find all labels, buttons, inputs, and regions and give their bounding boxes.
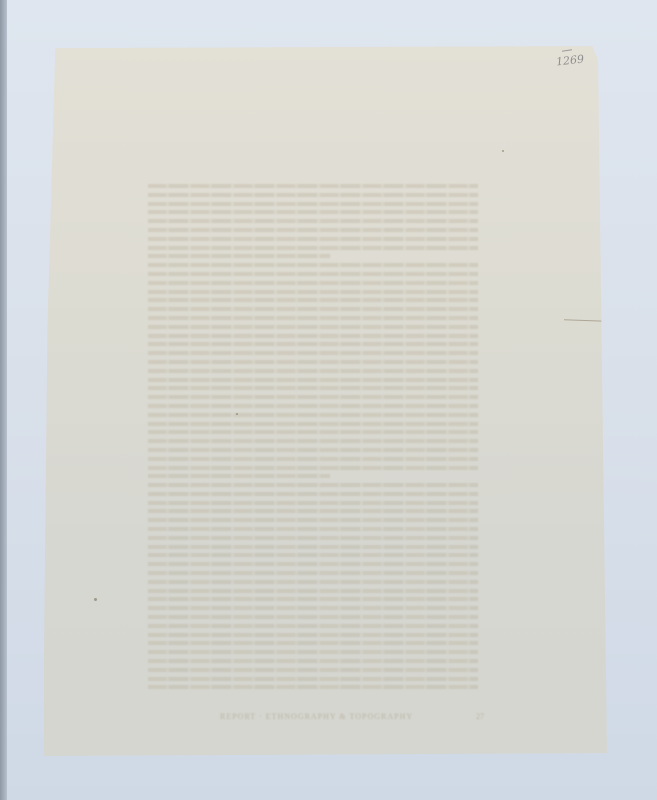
- bleed-through-footer: REPORT · ETHNOGRAPHY & TOPOGRAPHY 27: [220, 710, 480, 724]
- text-line: [148, 659, 478, 663]
- text-line: [148, 272, 478, 276]
- text-line: [148, 395, 478, 399]
- text-line: [148, 545, 478, 549]
- text-line: [148, 483, 478, 487]
- text-line: [148, 518, 478, 522]
- text-line: [148, 202, 478, 206]
- text-line: [148, 527, 478, 531]
- text-line: [148, 422, 478, 426]
- text-line: [148, 430, 478, 434]
- text-line: [148, 334, 478, 338]
- text-line: [148, 316, 478, 320]
- text-line: [148, 571, 478, 575]
- text-line: [148, 386, 478, 390]
- text-line: [148, 237, 478, 241]
- text-line: [148, 254, 330, 258]
- pencil-mark: [562, 49, 572, 51]
- text-line: [148, 650, 478, 654]
- text-line: [148, 580, 478, 584]
- text-line: [148, 492, 478, 496]
- text-line: [148, 633, 478, 637]
- text-line: [148, 369, 478, 373]
- text-line: [148, 624, 478, 628]
- paper-spot: [236, 413, 238, 415]
- footer-title: REPORT · ETHNOGRAPHY & TOPOGRAPHY: [220, 712, 413, 721]
- text-line: [148, 466, 478, 470]
- text-line: [148, 351, 478, 355]
- text-line: [148, 457, 478, 461]
- bleed-through-text-block: [148, 184, 478, 701]
- text-line: [148, 448, 478, 452]
- text-line: [148, 290, 478, 294]
- text-line: [148, 474, 330, 478]
- background-edge: [0, 0, 7, 800]
- text-line: [148, 325, 478, 329]
- text-line: [148, 668, 478, 672]
- text-line: [148, 589, 478, 593]
- text-line: [148, 404, 478, 408]
- paper-crease: [564, 319, 606, 321]
- text-line: [148, 509, 478, 513]
- text-line: [148, 193, 478, 197]
- text-line: [148, 219, 478, 223]
- text-line: [148, 210, 478, 214]
- text-line: [148, 298, 478, 302]
- text-line: [148, 597, 478, 601]
- text-line: [148, 439, 478, 443]
- text-line: [148, 685, 478, 689]
- text-line: [148, 307, 478, 311]
- handwritten-note: 1269: [555, 53, 584, 69]
- text-line: [148, 501, 478, 505]
- text-line: [148, 562, 478, 566]
- text-line: [148, 606, 478, 610]
- paper-sheet: 1269 REPORT · ETHNOGRAPHY & TOPOGRAPHY 2…: [44, 46, 607, 756]
- text-line: [148, 228, 478, 232]
- text-line: [148, 184, 478, 188]
- text-line: [148, 641, 478, 645]
- text-line: [148, 413, 478, 417]
- text-line: [148, 342, 478, 346]
- text-line: [148, 615, 478, 619]
- text-line: [148, 553, 478, 557]
- paper-spot: [94, 598, 97, 601]
- text-line: [148, 378, 478, 382]
- footer-page-number: 27: [476, 712, 484, 721]
- text-line: [148, 360, 478, 364]
- paper-spot: [502, 150, 504, 152]
- text-line: [148, 263, 478, 267]
- text-line: [148, 281, 478, 285]
- text-line: [148, 246, 478, 250]
- text-line: [148, 677, 478, 681]
- text-line: [148, 536, 478, 540]
